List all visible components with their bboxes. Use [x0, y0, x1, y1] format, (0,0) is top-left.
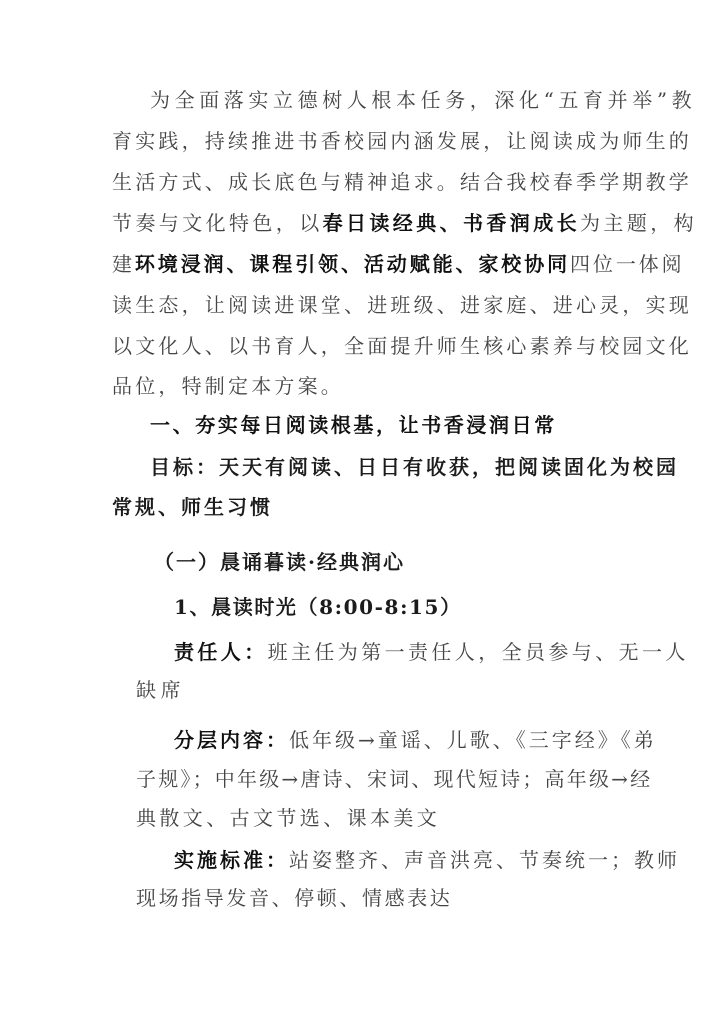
intro-line-8: 品位，特制定本方案。: [112, 373, 344, 399]
content-label: 分层内容：: [174, 728, 289, 752]
ecosystem-emphasis: 环境浸润、课程引领、活动赋能、家校协同: [135, 252, 570, 276]
document-page: 为全面落实立德树人根本任务，深化“五育并举”教 育实践，持续推进书香校园内涵发展…: [0, 0, 724, 1024]
section-1-heading: 一、夯实每日阅读根基，让书香浸润日常: [150, 412, 557, 438]
content-line-1: 分层内容：低年级→童谣、儿歌、《三字经》《弟: [174, 727, 657, 753]
standard-line-2: 现场指导发音、停顿、情感表达: [136, 885, 452, 911]
intro-line-4: 节奏与文化特色，以春日读经典、书香润成长为主题，构: [112, 210, 697, 236]
responsible-label: 责任人：: [174, 640, 268, 664]
standard-label: 实施标准：: [174, 848, 289, 872]
intro-line-6: 读生态，让阅读进课堂、进班级、进家庭、进心灵，实现: [112, 292, 692, 318]
intro-line-3: 生活方式、成长底色与精神追求。结合我校春季学期教学: [112, 169, 692, 195]
subsection-1-heading: （一）晨诵暮读·经典润心: [154, 549, 405, 575]
section-1-goal-line-2: 常规、师生习惯: [112, 494, 273, 520]
content-text-1: 低年级→童谣、儿歌、《三字经》《弟: [289, 728, 657, 752]
intro-line-4-post: 为主题，构: [580, 211, 697, 235]
intro-line-4-pre: 节奏与文化特色，以: [112, 211, 323, 235]
intro-line-1: 为全面落实立德树人根本任务，深化“五育并举”教: [150, 87, 696, 113]
responsible-text: 班主任为第一责任人，全员参与、无一人: [268, 640, 689, 664]
responsible-line-1: 责任人：班主任为第一责任人，全员参与、无一人: [174, 639, 689, 665]
intro-line-5: 建环境浸润、课程引领、活动赋能、家校协同四位一体阅: [112, 251, 685, 277]
theme-emphasis: 春日读经典、书香润成长: [323, 211, 580, 235]
intro-line-2: 育实践，持续推进书香校园内涵发展，让阅读成为师生的: [112, 128, 692, 154]
item-1-title: 1、晨读时光（8:00-8:15）: [174, 594, 462, 620]
intro-line-5-pre: 建: [112, 252, 135, 276]
section-1-goal-line-1: 目标：天天有阅读、日日有收获，把阅读固化为校园: [150, 454, 679, 480]
intro-line-5-post: 四位一体阅: [570, 252, 685, 276]
content-line-2: 子规》；中年级→唐诗、宋词、现代短诗；高年级→经: [136, 766, 652, 792]
intro-line-7: 以文化人、以书育人，全面提升师生核心素养与校园文化: [112, 333, 692, 359]
standard-text-1: 站姿整齐、声音洪亮、节奏统一；教师: [289, 848, 680, 872]
responsible-line-2: 缺席: [136, 677, 185, 703]
content-line-3: 典散文、古文节选、课本美文: [136, 805, 440, 831]
standard-line-1: 实施标准：站姿整齐、声音洪亮、节奏统一；教师: [174, 847, 680, 873]
